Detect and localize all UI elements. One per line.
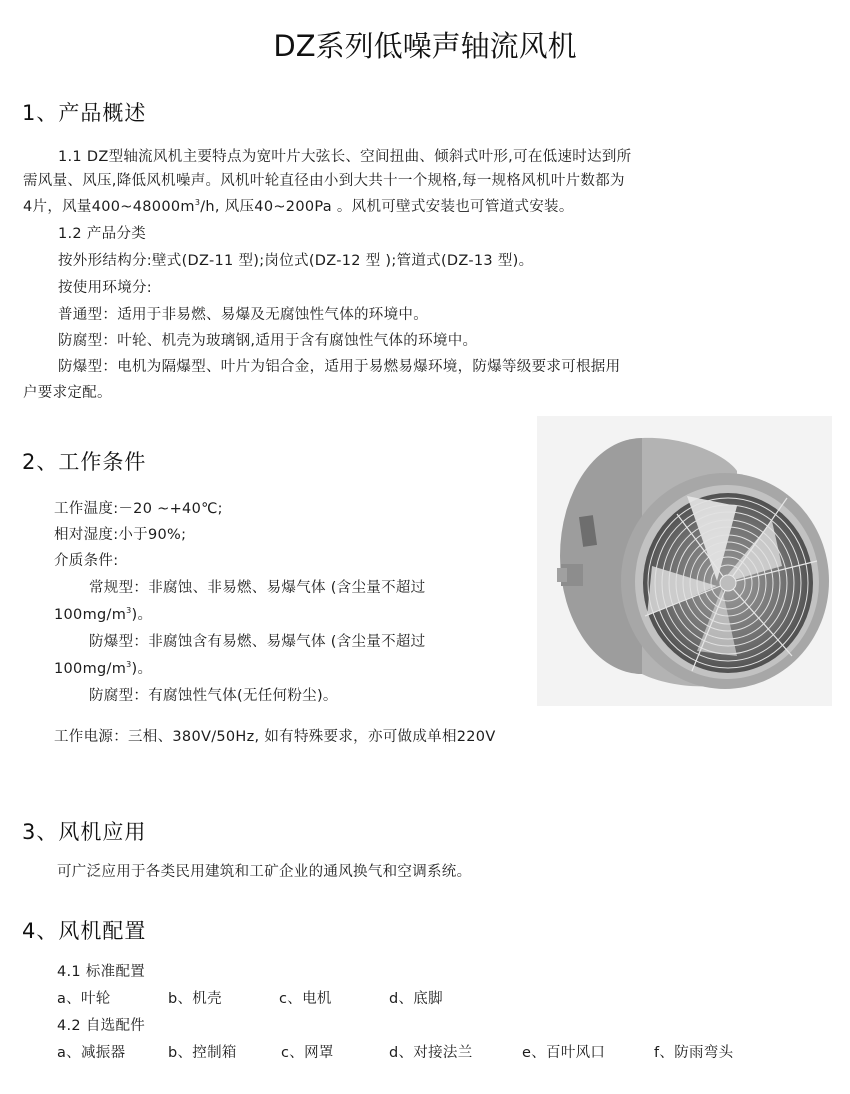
medium-explosion-line1: 防爆型：非腐蚀含有易燃、易爆气体 (含尘量不超过 xyxy=(89,631,425,653)
optional-item-rain-elbow: f、防雨弯头 xyxy=(654,1042,733,1064)
type-explosion-proof: 防爆型：电机为隔爆型、叶片为铝合金，适用于易燃易爆环境，防爆等级要求可根据用 xyxy=(58,356,620,378)
standard-item-casing: b、机壳 xyxy=(168,988,222,1010)
type-standard: 普通型：适用于非易燃、易爆及无腐蚀性气体的环境中。 xyxy=(58,304,428,326)
application-text: 可广泛应用于各类民用建筑和工矿企业的通风换气和空调系统。 xyxy=(57,861,471,883)
medium-conditions-label: 介质条件: xyxy=(54,550,118,572)
classification-subheading: 1.2 产品分类 xyxy=(58,223,146,245)
working-temperature: 工作温度:－20 ~+40℃; xyxy=(54,498,223,520)
standard-item-base: d、底脚 xyxy=(389,988,443,1010)
classification-by-structure: 按外形结构分:壁式(DZ-11 型);岗位式(DZ-12 型 );管道式(DZ-… xyxy=(58,250,533,272)
medium-standard-line1: 常规型：非腐蚀、非易燃、易爆气体 (含尘量不超过 xyxy=(89,577,425,599)
optional-item-damper: a、减振器 xyxy=(57,1042,125,1064)
section-heading-conditions: 2、工作条件 xyxy=(22,446,146,476)
document-title: DZ系列低噪声轴流风机 xyxy=(0,24,850,65)
optional-item-control-box: b、控制箱 xyxy=(168,1042,237,1064)
standard-item-impeller: a、叶轮 xyxy=(57,988,111,1010)
section-heading-application: 3、风机应用 xyxy=(22,816,146,846)
optional-config-label: 4.2 自选配件 xyxy=(57,1015,145,1037)
standard-item-motor: c、电机 xyxy=(279,988,332,1010)
type-anticorrosion: 防腐型：叶轮、机壳为玻璃钢,适用于含有腐蚀性气体的环境中。 xyxy=(58,330,477,352)
relative-humidity: 相对湿度:小于90%; xyxy=(54,524,186,546)
optional-item-guard: c、网罩 xyxy=(281,1042,334,1064)
axial-fan-photo xyxy=(537,416,832,706)
medium-anticorrosion: 防腐型：有腐蚀性气体(无任何粉尘)。 xyxy=(89,685,338,707)
medium-standard-line2: 100mg/m3)。 xyxy=(54,604,152,626)
overview-line-2: 需风量、风压,降低风机噪声。风机叶轮直径由小到大共十一个规格,每一规格风机叶片数… xyxy=(23,170,625,192)
standard-config-label: 4.1 标准配置 xyxy=(57,961,145,983)
classification-by-environment: 按使用环境分: xyxy=(58,277,152,299)
overview-line-1: 1.1 DZ型轴流风机主要特点为宽叶片大弦长、空间扭曲、倾斜式叶形,可在低速时达… xyxy=(58,146,631,168)
section-heading-configuration: 4、风机配置 xyxy=(22,915,146,945)
axial-fan-illustration xyxy=(537,416,832,706)
power-supply: 工作电源：三相、380V/50Hz, 如有特殊要求，亦可做成单相220V xyxy=(54,726,496,748)
type-explosion-proof-cont: 户要求定配。 xyxy=(23,382,112,404)
optional-item-louver: e、百叶风口 xyxy=(522,1042,605,1064)
medium-explosion-line2: 100mg/m3)。 xyxy=(54,658,152,680)
overview-line-3: 4片，风量400~48000m3/h, 风压40~200Pa 。风机可壁式安装也… xyxy=(23,196,574,218)
section-heading-overview: 1、产品概述 xyxy=(22,97,146,127)
optional-item-flange: d、对接法兰 xyxy=(389,1042,473,1064)
